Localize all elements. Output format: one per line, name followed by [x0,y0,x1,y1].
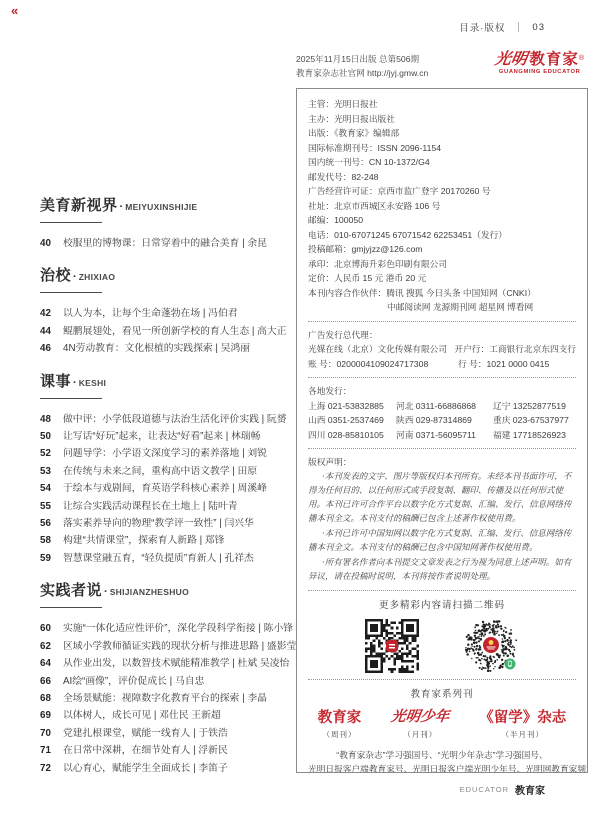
toc-item-text: 落实素养导向的物理“教学评一致性” | 闫兴华 [63,515,254,532]
toc-column: 美育新视界·MEIYUXINSHIJIE40校服里的博物课：日常穿着中的融合美育… [40,194,292,789]
toc-item-page: 42 [40,305,63,322]
qr-code-circular-icon [465,619,519,673]
toc-item-page: 68 [40,690,63,707]
toc-section-heading: 课事·KESHI [40,370,292,391]
masthead-row: 2025年11月15日出版 总第506期 教育家杂志社官网 http://jyj… [296,50,588,88]
toc-item: 54于绘本与戏剧间，育英语学科核心素养 | 周溪峰 [40,480,292,497]
toc-item-page: 56 [40,515,63,532]
corner-crop-mark: « [11,3,18,18]
toc-heading-dot: · [104,586,108,598]
info-line: 广告经营许可证：京西市监广登字 20170260 号 [308,184,576,199]
website-line: 教育家杂志社官网 http://jyj.gmw.cn [296,66,428,80]
copyright-paragraphs: ·本刊发表的文字、图片等版权归本刊所有。未经本刊书面许可，不得为任何目的、以任何… [308,470,576,584]
info-line: 定价：人民币 15 元 港币 20 元 [308,271,576,286]
toc-item: 71在日常中深耕，在细节处育人 | 浮新民 [40,742,292,759]
toc-item-text: 实施“一体化适应性评价”，深化学段科学衔接 | 陈小锋 [63,620,293,637]
dashed-divider [308,377,576,378]
distribution-cell: 福建 17718526923 [493,428,576,443]
toc-item-page: 50 [40,428,63,445]
toc-item-text: 做中评：小学低段道德与法治生活化评价实践 | 阮赟 [63,411,287,428]
registered-mark-icon: ® [579,55,584,62]
toc-heading-dot: · [120,201,124,213]
dashed-divider [308,590,576,591]
page-number: 03 [532,22,545,33]
series-platform-lines: “教育家杂志”学习强国号、“光明少年杂志”学习强国号、光明日报客户端教育家号、光… [308,748,576,774]
toc-section-title: 实践者说 [40,582,102,599]
toc-section-pinyin: ZHIXIAO [79,272,116,282]
toc-section-heading: 美育新视界·MEIYUXINSHIJIE [40,194,292,215]
toc-item-page: 40 [40,235,63,252]
copyright-heading: 版权声明： [308,455,576,470]
toc-section-underline [40,398,102,399]
page-header: 目录·版权 03 [459,20,545,34]
toc-section: 实践者说·SHIJIANZHESHUO60实施“一体化适应性评价”，深化学段科学… [40,579,292,777]
toc-item-page: 62 [40,638,63,655]
series-brand: 《留学》杂志（半月刊） [479,710,566,740]
toc-item-text: 在传统与未来之间，重构高中语文教学 | 田原 [63,463,257,480]
toc-item-page: 46 [40,340,63,357]
info-line: 国际标准期刊号：ISSN 2096-1154 [308,141,576,156]
info-line: 中邮阅读网 龙源期刊网 超星网 博看网 [308,300,576,315]
footer-english-text: EDUCATOR [460,785,509,794]
distribution-cell: 四川 028-85810105 [308,428,396,443]
toc-item: 52问题导学：小学语文深度学习的素养落地 | 刘锐 [40,445,292,462]
toc-section-pinyin: SHIJIANZHESHUO [110,587,189,597]
toc-item-text: 以心育心，赋能学生全面成长 | 李笛子 [63,760,228,777]
info-lines: 主管：光明日报社主办：光明日报出版社出版：《教育家》编辑部国际标准期刊号：ISS… [308,97,576,315]
info-line: 邮编：100050 [308,213,576,228]
toc-item: 60实施“一体化适应性评价”，深化学段科学衔接 | 陈小锋 [40,620,292,637]
toc-item-text: 4N劳动教育：文化根植的实践探索 | 吴鸿丽 [63,340,250,357]
toc-item: 62区域小学教师循证实践的现状分析与推进思路 | 盛影莹 [40,638,292,655]
toc-item: 55让综合实践活动课程长在土地上 | 陆叶青 [40,498,292,515]
brand-logo-wordmark: 光明教育家® [495,50,584,69]
toc-item: 44鲲鹏展翅处，看见一所创新学校的育人生态 | 高大正 [40,323,292,340]
footer-chinese-text: 教育家 [515,782,545,797]
toc-section-pinyin: KESHI [79,378,106,388]
series-block: 教育家系列刊 教育家（周刊）光明少年（月刊）《留学》杂志（半月刊） “教育家杂志… [308,686,576,774]
info-line: 投稿邮箱：gmjyjzz@126.com [308,242,576,257]
masthead-lines: 2025年11月15日出版 总第506期 教育家杂志社官网 http://jyj… [296,50,428,80]
toc-item-page: 59 [40,550,63,567]
qr-row [308,619,576,673]
info-line: 社址：北京市西城区永安路 106 号 [308,199,576,214]
toc-item: 53在传统与未来之间，重构高中语文教学 | 田原 [40,463,292,480]
toc-heading-dot: · [73,377,77,389]
info-line: 邮发代号：82-248 [308,170,576,185]
logo-bold-text: 教育家 [529,51,579,68]
toc-item: 72以心育心，赋能学生全面成长 | 李笛子 [40,760,292,777]
toc-item-text: 智慧课堂融五育，“轻负提质”育新人 | 孔祥杰 [63,550,254,567]
toc-item-text: 全场景赋能：视障数字化教育平台的探索 | 李晶 [63,690,267,707]
toc-item: 56落实素养导向的物理“教学评一致性” | 闫兴华 [40,515,292,532]
series-brand-frequency: （周刊） [318,729,362,740]
info-line: 主办：光明日报出版社 [308,112,576,127]
toc-item-text: 在日常中深耕，在细节处育人 | 浮新民 [63,742,228,759]
toc-item-text: 从作业出发，以数智技术赋能精准教学 | 杜斌 吴凌怡 [63,655,289,672]
toc-item: 50让写话“好玩”起来，让表达“好看”起来 | 林瑞畅 [40,428,292,445]
toc-item-text: 党建扎根课堂，赋能一线育人 | 于铁浩 [63,725,228,742]
qr-section-heading: 更多精彩内容请扫描二维码 [308,597,576,611]
toc-item-page: 64 [40,655,63,672]
series-brand-name: 光明少年 [390,709,450,725]
toc-item-text: 构建“共情课堂”，探索育人新路 | 郑锋 [63,532,224,549]
toc-section-title: 美育新视界 [40,197,118,214]
toc-section-pinyin: MEIYUXINSHIJIE [125,202,197,212]
issue-date-line: 2025年11月15日出版 总第506期 [296,52,428,66]
info-line: 出版：《教育家》编辑部 [308,126,576,141]
agency-cell: 开户行：工商银行北京东四支行 [454,342,576,357]
qr-code-square-icon [365,619,419,673]
logo-script-text: 光明 [494,50,529,68]
toc-item-page: 52 [40,445,63,462]
toc-item-text: 于绘本与戏剧间，育英语学科核心素养 | 周溪峰 [63,480,267,497]
distribution-rows: 上海 021-53832885河北 0311-66886868辽宁 132528… [308,399,576,443]
toc-item-text: 校服里的博物课：日常穿着中的融合美育 | 余昆 [63,235,267,252]
toc-item: 464N劳动教育：文化根植的实践探索 | 吴鸿丽 [40,340,292,357]
toc-item-page: 54 [40,480,63,497]
toc-section-underline [40,222,102,223]
toc-item-page: 70 [40,725,63,742]
toc-item-text: 让写话“好玩”起来，让表达“好看”起来 | 林瑞畅 [63,428,260,445]
toc-section: 美育新视界·MEIYUXINSHIJIE40校服里的博物课：日常穿着中的融合美育… [40,194,292,252]
toc-item-page: 53 [40,463,63,480]
agency-block: 广告发行总代理： 光媒在线（北京）文化传媒有限公司开户行：工商银行北京东四支行账… [308,328,576,372]
publication-info-box: 主管：光明日报社主办：光明日报出版社出版：《教育家》编辑部国际标准期刊号：ISS… [296,88,588,773]
agency-cell: 账 号：0200004109024717308 [308,357,458,372]
copyright-paragraph: ·本刊发表的文字、图片等版权归本刊所有。未经本刊书面许可，不得为任何目的、以任何… [308,470,576,526]
toc-item-text: 问题导学：小学语文深度学习的素养落地 | 刘锐 [63,445,267,462]
qr-section: 更多精彩内容请扫描二维码 [308,597,576,673]
distribution-cell: 重庆 023-67537977 [493,413,576,428]
info-line: 承印：北京博海升彩色印刷有限公司 [308,257,576,272]
distribution-heading: 各地发行： [308,384,576,399]
magazine-toc-copyright-page: « 目录·版权 03 美育新视界·MEIYUXINSHIJIE40校服里的博物课… [0,0,600,813]
distribution-cell: 上海 021-53832885 [308,399,396,414]
dashed-divider [308,321,576,322]
distribution-block: 各地发行： 上海 021-53832885河北 0311-66886868辽宁 … [308,384,576,442]
toc-item: 42以人为本，让每个生命蓬勃在场 | 冯伯君 [40,305,292,322]
series-brand-name: 《留学》杂志 [479,710,566,726]
toc-heading-dot: · [73,271,77,283]
copyright-paragraph: ·所有署名作者向本刊提交文章发表之行为视为同意上述声明。如有异议，请在投稿时说明… [308,556,576,584]
toc-item-page: 58 [40,532,63,549]
dashed-divider [308,448,576,449]
toc-item-text: 以体树人，成长可见 | 邓仕民 王新超 [63,707,221,724]
toc-section-heading: 治校·ZHIXIAO [40,264,292,285]
page-header-title: 目录·版权 [459,20,505,34]
toc-section: 治校·ZHIXIAO42以人为本，让每个生命蓬勃在场 | 冯伯君44鲲鹏展翅处，… [40,264,292,357]
info-line: 电话：010-67071245 67071542 62253451（发行） [308,228,576,243]
toc-item: 48做中评：小学低段道德与法治生活化评价实践 | 阮赟 [40,411,292,428]
toc-item: 70党建扎根课堂，赋能一线育人 | 于铁浩 [40,725,292,742]
distribution-cell: 河南 0371-56095711 [396,428,493,443]
info-line: 国内统一刊号：CN 10-1372/G4 [308,155,576,170]
toc-section-title: 课事 [40,373,71,390]
toc-item: 68全场景赋能：视障数字化教育平台的探索 | 李晶 [40,690,292,707]
toc-item-page: 44 [40,323,63,340]
series-brand-row: 教育家（周刊）光明少年（月刊）《留学》杂志（半月刊） [308,708,576,740]
toc-item-text: 区域小学教师循证实践的现状分析与推进思路 | 盛影莹 [63,638,296,655]
distribution-cell: 陕西 029-87314869 [396,413,493,428]
series-heading: 教育家系列刊 [308,686,576,700]
logo-english-text: GUANGMING EDUCATOR [495,69,584,75]
toc-item-page: 66 [40,673,63,690]
info-line: 本刊内容合作伙伴：腾讯 搜狐 今日头条 中国知网（CNKI） [308,286,576,301]
agency-heading: 广告发行总代理： [308,328,576,343]
series-platform-line: “教育家杂志”学习强国号、“光明少年杂志”学习强国号、 [308,748,576,763]
series-brand: 光明少年（月刊） [391,708,449,740]
brand-logo: 光明教育家® GUANGMING EDUCATOR [495,50,588,75]
distribution-cell: 辽宁 13252877519 [493,399,576,414]
series-brand-name: 教育家 [318,710,362,726]
agency-row: 光媒在线（北京）文化传媒有限公司开户行：工商银行北京东四支行 [308,342,576,357]
toc-item: 66AI绘“画像”，评价促成长 | 马自忠 [40,673,292,690]
distribution-cell: 山西 0351-2537469 [308,413,396,428]
toc-section-underline [40,292,102,293]
copyright-block: 版权声明： ·本刊发表的文字、图片等版权归本刊所有。未经本刊书面许可，不得为任何… [308,455,576,584]
agency-cell: 行 号：1021 0000 0415 [458,357,576,372]
series-brand: 教育家（周刊） [318,710,362,740]
toc-section-heading: 实践者说·SHIJIANZHESHUO [40,579,292,600]
toc-section: 课事·KESHI48做中评：小学低段道德与法治生活化评价实践 | 阮赟50让写话… [40,370,292,568]
info-line: 主管：光明日报社 [308,97,576,112]
agency-row: 账 号：0200004109024717308行 号：1021 0000 041… [308,357,576,372]
series-brand-frequency: （月刊） [391,729,449,740]
toc-item-page: 48 [40,411,63,428]
distribution-row: 四川 028-85810105河南 0371-56095711福建 177185… [308,428,576,443]
toc-item-text: AI绘“画像”，评价促成长 | 马自忠 [63,673,204,690]
copyright-paragraph: ·本刊已许可中国知网以数字化方式复制、汇编、发行、信息网络传播本刊全文。本刊支付… [308,527,576,555]
agency-rows: 光媒在线（北京）文化传媒有限公司开户行：工商银行北京东四支行账 号：020000… [308,342,576,371]
toc-item: 40校服里的博物课：日常穿着中的融合美育 | 余昆 [40,235,292,252]
toc-item-page: 72 [40,760,63,777]
page-footer: EDUCATOR 教育家 [460,782,545,797]
agency-cell: 光媒在线（北京）文化传媒有限公司 [308,342,454,357]
toc-item-text: 让综合实践活动课程长在土地上 | 陆叶青 [63,498,238,515]
toc-item: 69以体树人，成长可见 | 邓仕民 王新超 [40,707,292,724]
toc-item-page: 71 [40,742,63,759]
toc-item-page: 69 [40,707,63,724]
distribution-cell: 河北 0311-66886868 [396,399,493,414]
toc-item: 58构建“共情课堂”，探索育人新路 | 郑锋 [40,532,292,549]
distribution-row: 上海 021-53832885河北 0311-66886868辽宁 132528… [308,399,576,414]
distribution-row: 山西 0351-2537469陕西 029-87314869重庆 023-675… [308,413,576,428]
toc-item: 59智慧课堂融五育，“轻负提质”育新人 | 孔祥杰 [40,550,292,567]
toc-item-page: 60 [40,620,63,637]
toc-item: 64从作业出发，以数智技术赋能精准教学 | 杜斌 吴凌怡 [40,655,292,672]
header-divider [518,22,519,32]
toc-item-page: 55 [40,498,63,515]
masthead-column: 2025年11月15日出版 总第506期 教育家杂志社官网 http://jyj… [296,50,588,773]
series-platform-line: 光明日报客户端教育家号、光明日报客户端光明少年号、光明网教育家频道、 [308,762,576,773]
toc-section-underline [40,607,102,608]
toc-item-text: 鲲鹏展翅处，看见一所创新学校的育人生态 | 高大正 [63,323,287,340]
dashed-divider [308,679,576,680]
series-brand-frequency: （半月刊） [479,729,566,740]
toc-item-text: 以人为本，让每个生命蓬勃在场 | 冯伯君 [63,305,238,322]
toc-section-title: 治校 [40,267,71,284]
